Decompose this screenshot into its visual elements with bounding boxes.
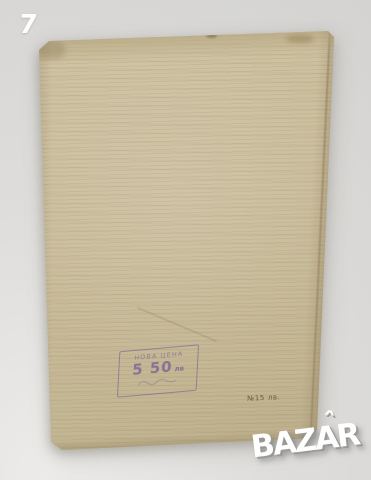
book-cover-surface: НОВА ЦЕНА 5 50лв №15 лв. — [36, 28, 334, 452]
book-spine-fold — [299, 18, 350, 463]
cover-blemish — [206, 33, 217, 38]
product-photo: 7 НОВА ЦЕНА 5 50лв №15 лв. — [0, 0, 371, 480]
stamp-currency: лв — [174, 365, 184, 374]
price-stamp: НОВА ЦЕНА 5 50лв — [117, 344, 199, 397]
cover-scratch — [137, 307, 217, 342]
cover-worn-corner — [37, 41, 65, 59]
cover-blemish — [286, 35, 314, 43]
printed-price-text: №15 лв. — [247, 393, 281, 402]
book-left-edge-shade — [36, 28, 52, 452]
book-back-cover: НОВА ЦЕНА 5 50лв №15 лв. — [0, 0, 371, 480]
